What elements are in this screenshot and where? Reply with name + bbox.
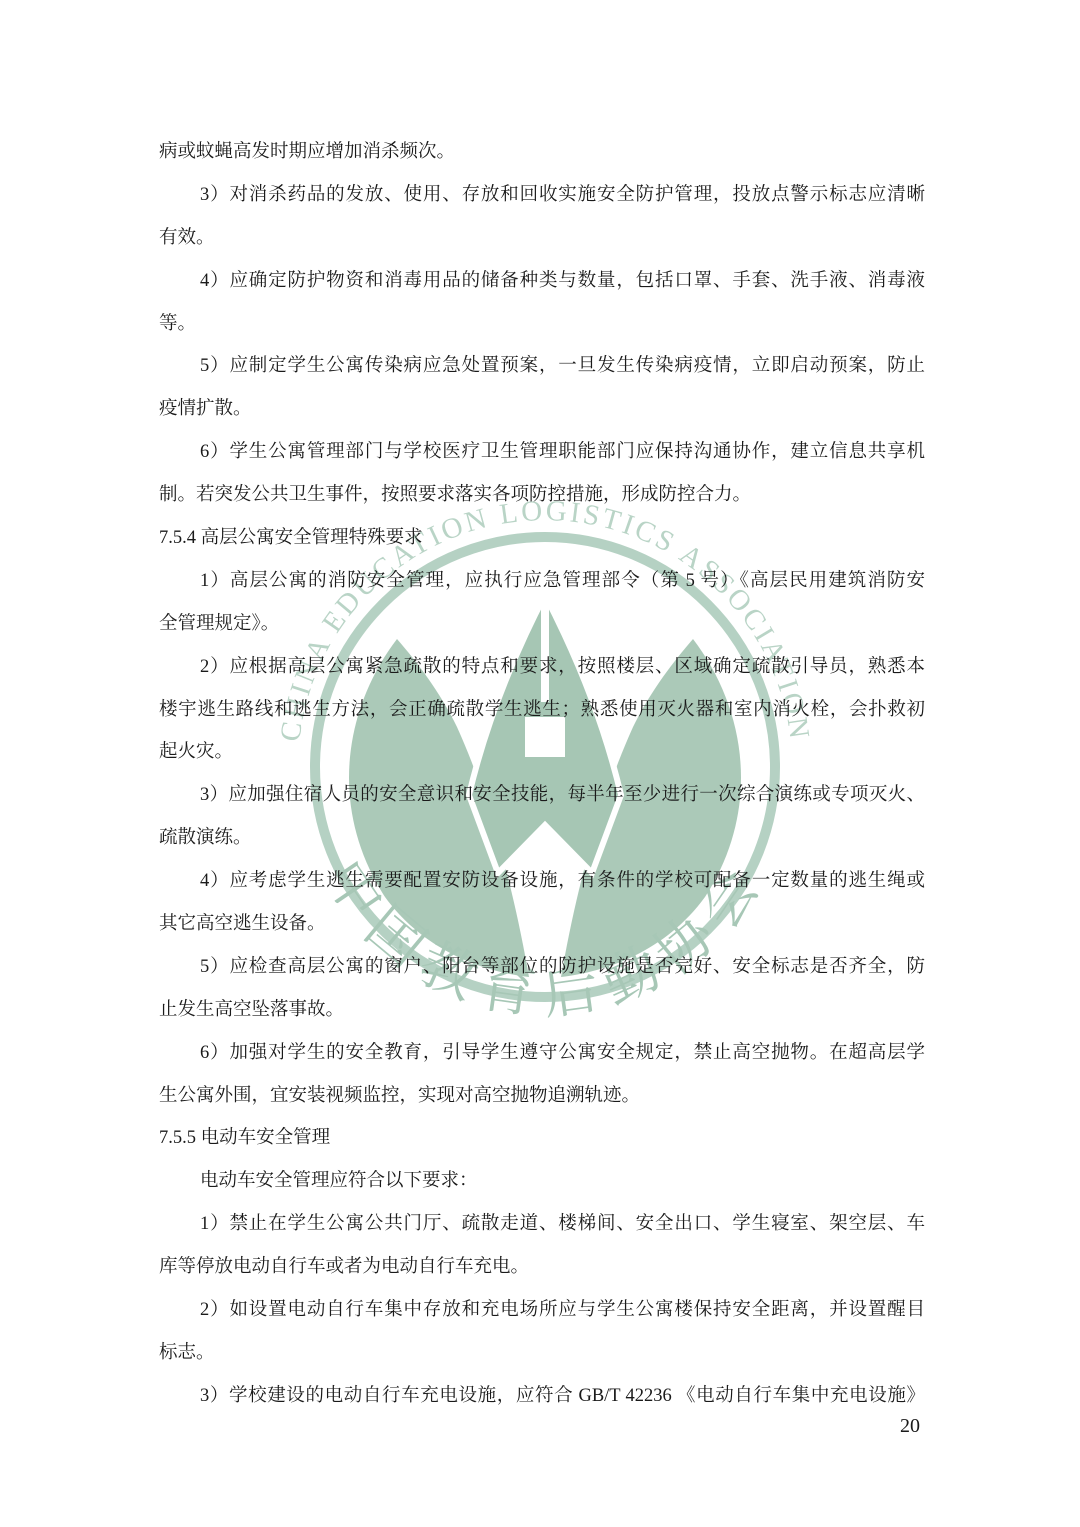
text-line: 生公寓外围，宜安装视频监控，实现对高空抛物追溯轨迹。 — [159, 1075, 925, 1118]
text-line: 有效。 — [159, 217, 925, 260]
text-line: 1）禁止在学生公寓公共门厅、疏散走道、楼梯间、安全出口、学生寝室、架空层、车 — [159, 1203, 925, 1246]
text-line: 5）应检查高层公寓的窗户、阳台等部位的防护设施是否完好、安全标志是否齐全，防 — [159, 946, 925, 989]
text-line: 5）应制定学生公寓传染病应急处置预案，一旦发生传染病疫情，立即启动预案，防止 — [159, 345, 925, 388]
page-number: 20 — [900, 1412, 920, 1440]
text-line: 疫情扩散。 — [159, 388, 925, 431]
text-line: 楼宇逃生路线和逃生方法，会正确疏散学生逃生；熟悉使用灭火器和室内消火栓，会扑救初 — [159, 689, 925, 732]
text-line: 4）应考虑学生逃生需要配置安防设备设施，有条件的学校可配备一定数量的逃生绳或 — [159, 860, 925, 903]
text-line: 6）加强对学生的安全教育，引导学生遵守公寓安全规定，禁止高空抛物。在超高层学 — [159, 1032, 925, 1075]
text-line: 病或蚊蝇高发时期应增加消杀频次。 — [159, 131, 925, 174]
text-line: 3）学校建设的电动自行车充电设施，应符合 GB/T 42236 《电动自行车集中… — [159, 1375, 925, 1418]
text-line: 标志。 — [159, 1332, 925, 1375]
text-line: 3）应加强住宿人员的安全意识和安全技能，每半年至少进行一次综合演练或专项灭火、 — [159, 774, 925, 817]
text-line: 6）学生公寓管理部门与学校医疗卫生管理职能部门应保持沟通协作，建立信息共享机 — [159, 431, 925, 474]
document-body: 病或蚊蝇高发时期应增加消杀频次。3）对消杀药品的发放、使用、存放和回收实施安全防… — [159, 131, 925, 1418]
text-line: 止发生高空坠落事故。 — [159, 989, 925, 1032]
text-line: 疏散演练。 — [159, 817, 925, 860]
document-page: CHINA EDUCATION LOGISTICS ASSOCIATION 中国… — [0, 0, 1080, 1527]
text-line: 4）应确定防护物资和消毒用品的储备种类与数量，包括口罩、手套、洗手液、消毒液 — [159, 260, 925, 303]
text-line: 2）应根据高层公寓紧急疏散的特点和要求，按照楼层、区域确定疏散引导员，熟悉本 — [159, 646, 925, 689]
text-line: 制。若突发公共卫生事件，按照要求落实各项防控措施，形成防控合力。 — [159, 474, 925, 517]
text-line: 全管理规定》。 — [159, 603, 925, 646]
section-heading: 7.5.4 高层公寓安全管理特殊要求 — [159, 517, 925, 560]
text-line: 3）对消杀药品的发放、使用、存放和回收实施安全防护管理，投放点警示标志应清晰 — [159, 174, 925, 217]
text-line: 等。 — [159, 303, 925, 346]
text-line: 库等停放电动自行车或者为电动自行车充电。 — [159, 1246, 925, 1289]
text-line: 2）如设置电动自行车集中存放和充电场所应与学生公寓楼保持安全距离，并设置醒目 — [159, 1289, 925, 1332]
section-heading: 7.5.5 电动车安全管理 — [159, 1117, 925, 1160]
text-line: 1）高层公寓的消防安全管理，应执行应急管理部令（第 5 号）《高层民用建筑消防安 — [159, 560, 925, 603]
text-line: 起火灾。 — [159, 731, 925, 774]
text-line: 电动车安全管理应符合以下要求： — [159, 1160, 925, 1203]
text-line: 其它高空逃生设备。 — [159, 903, 925, 946]
